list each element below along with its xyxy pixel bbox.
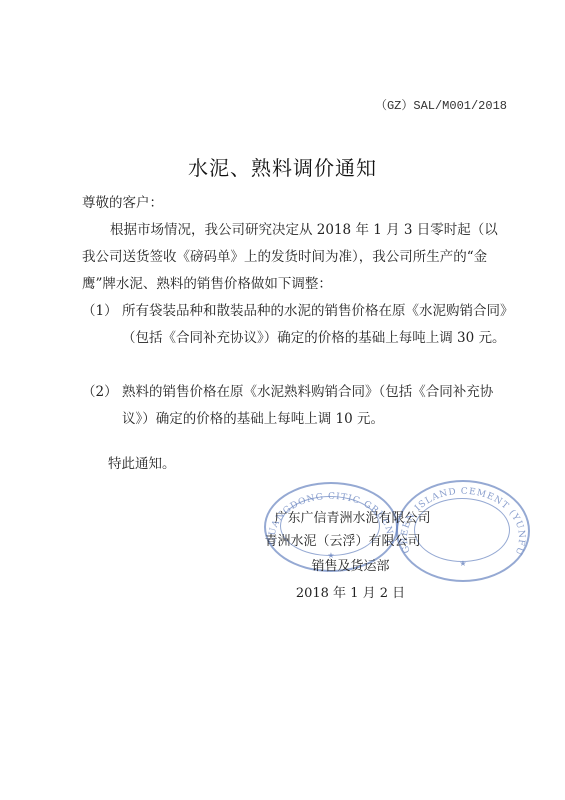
closing-notice: 特此通知。 bbox=[108, 451, 533, 478]
document-title: 水泥、熟料调价通知 bbox=[0, 152, 565, 181]
item-number: （1） bbox=[82, 298, 122, 325]
adjustment-item-2: （2） 熟料的销售价格在原《水泥熟料购销合同》（包括《合同补充协议》）确定的价格… bbox=[82, 379, 510, 433]
intro-paragraph: 根据市场情况，我公司研究决定从 2018 年 1 月 3 日零时起（以我公司送货… bbox=[82, 217, 507, 298]
adjustment-item-1: （1） 所有袋装品种和散装品种的水泥的销售价格在原《水泥购销合同》（包括《合同补… bbox=[82, 298, 510, 352]
item-text: 所有袋装品种和散装品种的水泥的销售价格在原《水泥购销合同》（包括《合同补充协议》… bbox=[122, 298, 510, 352]
document-reference-number: （GZ）SAL/M001/2018 bbox=[375, 96, 507, 113]
signature-department: 销售及货运部 bbox=[68, 555, 565, 579]
signature-date: 2018 年 1 月 2 日 bbox=[68, 582, 565, 606]
signature-company-1: 广东广信青洲水泥有限公司 bbox=[70, 507, 565, 531]
signature-company-2: 青洲水泥（云浮）有限公司 bbox=[60, 530, 565, 554]
item-text: 熟料的销售价格在原《水泥熟料购销合同》（包括《合同补充协议》）确定的价格的基础上… bbox=[122, 379, 510, 433]
item-number: （2） bbox=[82, 379, 122, 406]
greeting: 尊敬的客户： bbox=[82, 190, 507, 217]
